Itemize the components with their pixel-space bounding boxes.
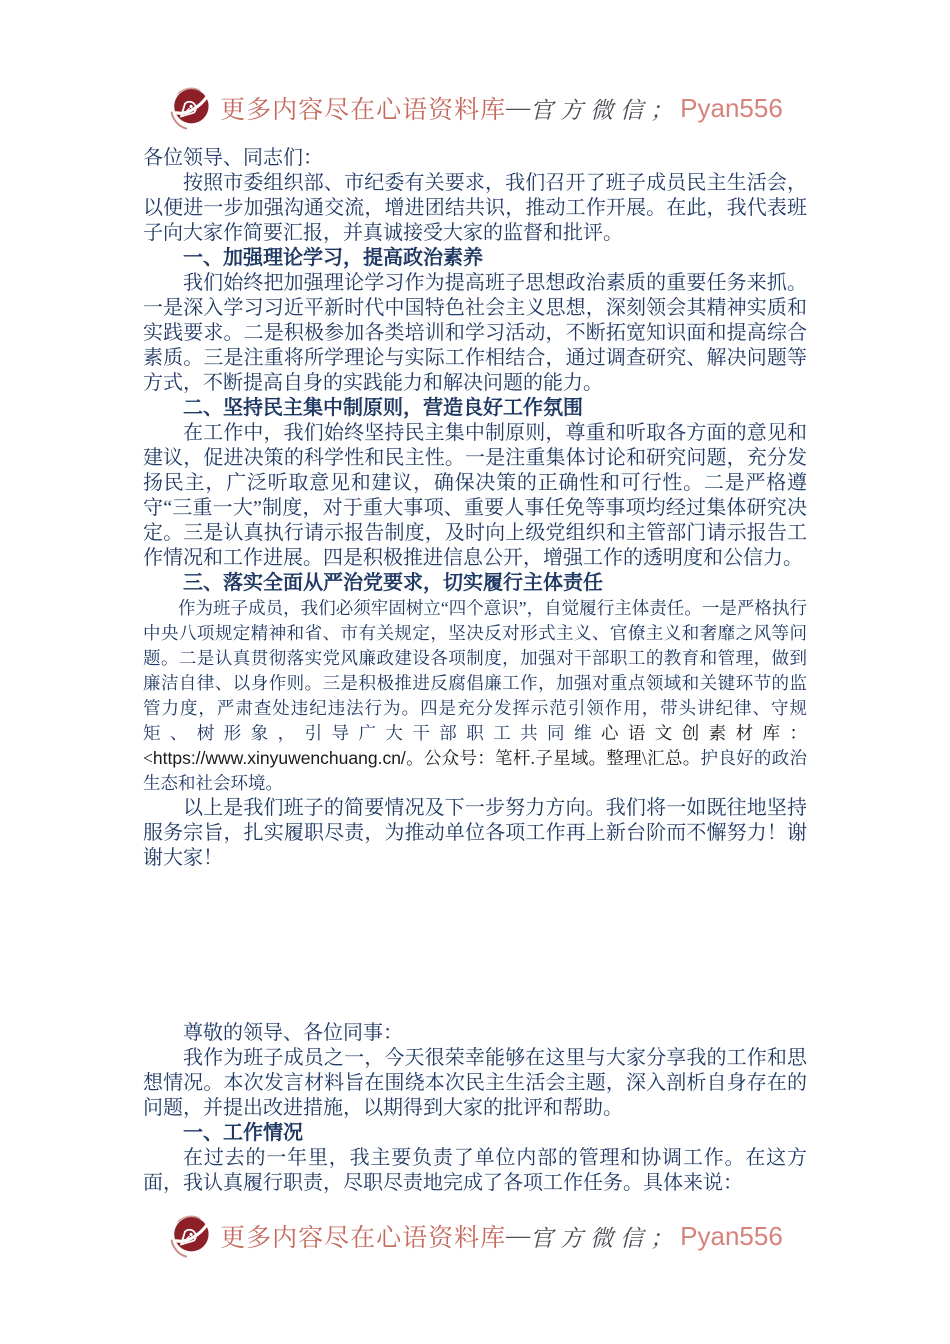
speech-document-2: 尊敬的领导、各位同事： 我作为班子成员之一，今天很荣幸能够在这里与大家分享我的工… (143, 1021, 807, 1196)
watermark-wechat-id: Pyan556 (680, 1221, 783, 1252)
watermark-dash: — (506, 95, 530, 122)
doc1-section-3-text-start: 作为班子成员，我们必须牢固树立“四个意识”，自觉履行主体责任。一是严格执行中央八… (143, 598, 807, 743)
doc1-paragraph-section-1: 我们始终把加强理论学习作为提高班子思想政治素质的重要任务来抓。一是深入学习习近平… (143, 271, 807, 396)
pen-logo-icon (167, 82, 214, 134)
speech-document-1: 各位领导、同志们： 按照市委组织部、市纪委有关要求，我们召开了班子成员民主生活会… (143, 146, 807, 871)
watermark-wechat-label: 官方微信； (530, 92, 680, 125)
doc2-salutation: 尊敬的领导、各位同事： (143, 1021, 807, 1046)
doc2-paragraph-intro: 我作为班子成员之一，今天很荣幸能够在这里与大家分享我的工作和思想情况。本次发言材… (143, 1046, 807, 1121)
document-page: 更多内容尽在心语资料库 — 官方微信； Pyan556 各位领导、同志们： 按照… (0, 0, 950, 1344)
embedded-ad-account: 。公众号：笔杆.子星域。整理\汇总。 (406, 748, 701, 768)
doc2-paragraph-section-1: 在过去的一年里，我主要负责了单位内部的管理和协调工作。在这方面，我认真履行职责，… (143, 1146, 807, 1196)
doc1-paragraph-section-2: 在工作中，我们始终坚持民主集中制原则，尊重和听取各方面的意见和建议，促进决策的科… (143, 421, 807, 571)
doc1-salutation: 各位领导、同志们： (143, 146, 807, 171)
watermark-header: 更多内容尽在心语资料库 — 官方微信； Pyan556 (0, 82, 950, 134)
watermark-footer: 更多内容尽在心语资料库 — 官方微信； Pyan556 (0, 1210, 950, 1262)
doc2-section-heading-1: 一、工作情况 (143, 1121, 807, 1146)
pen-logo-icon (167, 1210, 214, 1262)
watermark-text: 更多内容尽在心语资料库 (220, 1218, 506, 1254)
doc1-paragraph-closing: 以上是我们班子的简要情况及下一步努力方向。我们将一如既往地坚持服务宗旨，扎实履职… (143, 796, 807, 871)
watermark-wechat-label: 官方微信； (530, 1220, 680, 1253)
watermark-wechat-id: Pyan556 (680, 93, 783, 124)
embedded-ad-url: https://www.xinyuwenchuang.cn/ (153, 748, 406, 768)
watermark-text: 更多内容尽在心语资料库 (220, 90, 506, 126)
doc1-section-heading-1: 一、加强理论学习，提高政治素养 (143, 246, 807, 271)
doc1-section-heading-2: 二、坚持民主集中制原则，营造良好工作氛围 (143, 396, 807, 421)
doc1-paragraph-intro: 按照市委组织部、市纪委有关要求，我们召开了班子成员民主生活会，以便进一步加强沟通… (143, 171, 807, 246)
doc1-section-heading-3: 三、落实全面从严治党要求，切实履行主体责任 (143, 571, 807, 596)
doc1-paragraph-section-3: 作为班子成员，我们必须牢固树立“四个意识”，自觉履行主体责任。一是严格执行中央八… (143, 596, 807, 796)
watermark-dash: — (506, 1223, 530, 1250)
